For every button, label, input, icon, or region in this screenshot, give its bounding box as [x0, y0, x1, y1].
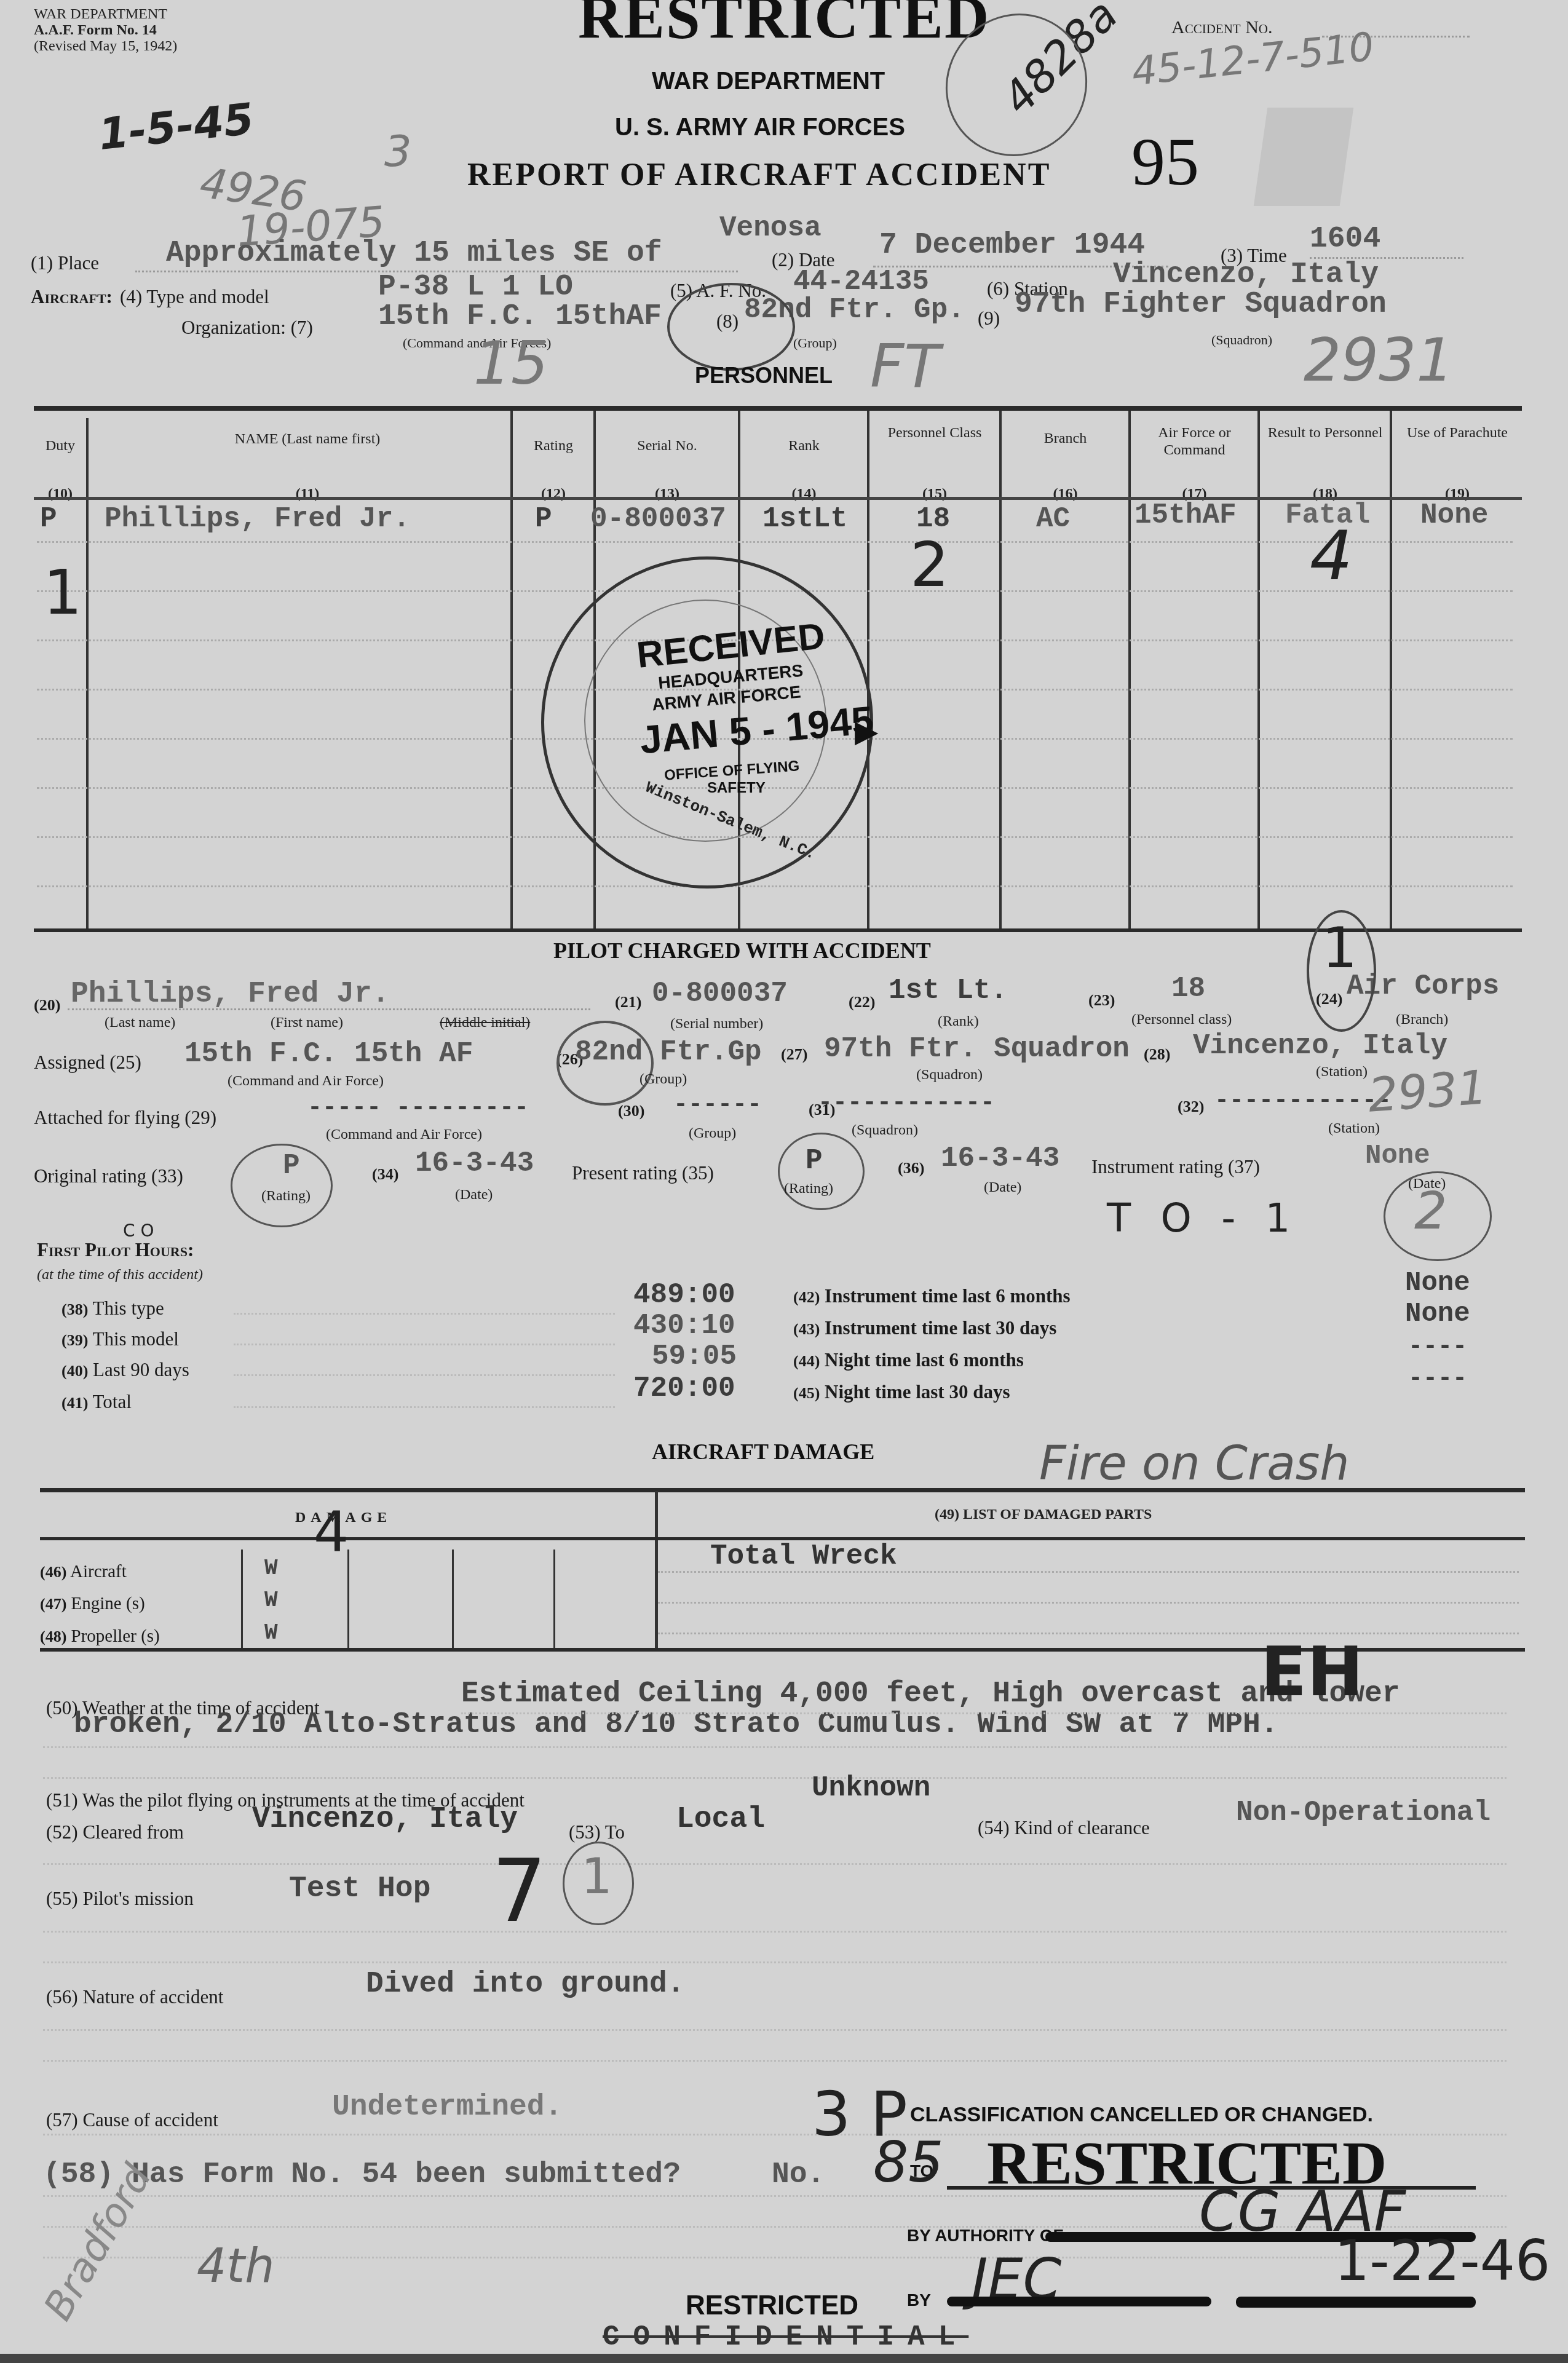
instrument-rating-value: None [1365, 1141, 1430, 1171]
personnel-title: PERSONNEL [695, 363, 833, 389]
classification-struck: CONFIDENTIAL [603, 2321, 968, 2353]
instrument-30d: None [1405, 1299, 1470, 1329]
col-personnel-class: Personnel Class [873, 424, 996, 441]
damaged-parts-value: Total Wreck [710, 1540, 897, 1572]
night-30d: ---- [1408, 1365, 1467, 1393]
place-label: (1) Place [31, 252, 99, 274]
squadron-value: 97th Fighter Squadron [1015, 288, 1387, 321]
col-air-force: Air Force or Command [1131, 424, 1257, 459]
assigned-label: Assigned (25) [34, 1051, 141, 1074]
handwritten-duty: 1 [43, 556, 82, 628]
assigned-squadron-value: 97th Ftr. Squadron [824, 1033, 1130, 1065]
hours-last-90-days: 59:05 [652, 1340, 737, 1372]
original-date-value: 16-3-43 [415, 1147, 534, 1179]
cleared-from-label: (52) Cleared from [46, 1821, 184, 1843]
original-rating-label: Original rating (33) [34, 1165, 183, 1187]
col-serial: Serial No. [596, 438, 738, 454]
col-parachute: Use of Parachute [1393, 424, 1522, 441]
clearance-label: (54) Kind of clearance [978, 1817, 1150, 1839]
damage-engine: W [264, 1588, 278, 1613]
row-parachute: None [1420, 499, 1488, 531]
present-date-value: 16-3-43 [941, 1142, 1059, 1174]
col-branch: Branch [1002, 430, 1128, 447]
hours-this-type: 489:00 [633, 1279, 735, 1311]
assigned-value: 15th F.C. 15th AF [184, 1038, 473, 1070]
accident-no-label: Accident No. [1171, 17, 1273, 38]
row-rank: 1stLt [762, 503, 847, 535]
hours-title: First Pilot Hours: [37, 1239, 194, 1261]
to-label: (53) To [569, 1821, 625, 1843]
handwritten-class: 2 [910, 529, 949, 601]
instruments-value: Unknown [812, 1772, 930, 1804]
mission-label: (55) Pilot's mission [46, 1888, 194, 1910]
classification-bottom: RESTRICTED [686, 2290, 858, 2321]
place-value: Approximately 15 miles SE of [166, 237, 662, 270]
af-no-value: 44-24135 [793, 266, 929, 298]
row-serial: 0-800037 [590, 503, 726, 535]
handwritten-95: 95 [1131, 123, 1199, 201]
col-duty: Duty [36, 438, 85, 454]
type-label: (4) Type and model [120, 286, 269, 308]
handwritten-fire-on-crash: Fire on Crash [1039, 1436, 1349, 1490]
instrument-rating-label: Instrument rating (37) [1091, 1156, 1260, 1178]
classification-changed: CLASSIFICATION CANCELLED OR CHANGED. [910, 2103, 1373, 2127]
squadron-sub: (Squadron) [1211, 332, 1272, 348]
nature-label: (56) Nature of accident [46, 1986, 223, 2008]
damage-propeller: W [264, 1620, 278, 1645]
place-value-2: Venosa [719, 212, 822, 244]
damage-title: AIRCRAFT DAMAGE [652, 1439, 874, 1465]
attached-squadron-value: ------------ [818, 1090, 995, 1117]
hours-total: 720:00 [633, 1372, 735, 1404]
to-value: Local [676, 1803, 765, 1836]
attached-label: Attached for flying (29) [34, 1107, 216, 1129]
cause-value: Undetermined. [332, 2091, 562, 2124]
night-6mo: ---- [1408, 1333, 1467, 1361]
nature-value: Dived into ground. [366, 1968, 684, 2001]
pilot-rank-value: 1st Lt. [889, 975, 1007, 1007]
col-result: Result to Personnel [1261, 424, 1390, 441]
cleared-from-value: Vincenzo, Italy [252, 1803, 518, 1836]
squadron-label: (9) [978, 307, 1000, 330]
organization-value: 15th F.C. 15thAF [378, 300, 662, 333]
classification-top: RESTRICTED [578, 0, 990, 52]
handwritten-15: 15 [473, 329, 548, 398]
handwritten-3: 3 [384, 126, 412, 176]
row-branch: AC [1036, 503, 1070, 535]
form54-value: No. [772, 2158, 825, 2191]
row-rating: P [535, 503, 552, 535]
declass-date: 1-22-46 [1334, 2229, 1550, 2294]
pilot-name-value: Phillips, Fred Jr. [71, 978, 389, 1011]
title-army-air-forces: U. S. ARMY AIR FORCES [615, 114, 905, 141]
cause-label: (57) Cause of accident [46, 2109, 218, 2131]
parts-header: (49) LIST OF DAMAGED PARTS [935, 1506, 1152, 1523]
group-sub: (Group) [793, 335, 837, 351]
type-value: P-38 L 1 LO [378, 271, 573, 304]
page-title: REPORT OF AIRCRAFT ACCIDENT [467, 157, 1051, 193]
stamp-arrow-icon: ▶ [855, 713, 878, 749]
damage-aircraft: W [264, 1556, 278, 1581]
assigned-station-value: Vincenzo, Italy [1193, 1030, 1447, 1062]
date-value: 7 December 1944 [879, 229, 1145, 262]
tape-patch [1254, 108, 1353, 206]
instrument-6mo: None [1405, 1268, 1470, 1299]
form-dept: WAR DEPARTMENT [34, 6, 177, 22]
hours-this-model: 430:10 [633, 1310, 735, 1342]
form-revised: (Revised May 15, 1942) [34, 38, 177, 54]
aircraft-label: Aircraft: [31, 286, 113, 308]
row-name: Phillips, Fred Jr. [105, 503, 410, 535]
attached-group-value: ------ [673, 1091, 762, 1119]
attached-station-value: ------------ [1214, 1087, 1392, 1115]
clearance-value: Non-Operational [1236, 1797, 1491, 1829]
hours-subtitle: (at the time of this accident) [37, 1267, 203, 1283]
present-rating-label: Present rating (35) [572, 1162, 714, 1184]
handwritten-date: 1-5-45 [96, 93, 256, 160]
station-value: Vincenzo, Italy [1113, 258, 1379, 291]
handwritten-2931: 2931 [1304, 326, 1454, 395]
title-war-department: WAR DEPARTMENT [652, 68, 885, 95]
organization-label: Organization: (7) [181, 317, 313, 339]
pilot-section-title: PILOT CHARGED WITH ACCIDENT [553, 938, 931, 964]
col-rank: Rank [741, 438, 867, 454]
weather-line1: Estimated Ceiling 4,000 feet, High overc… [461, 1677, 1400, 1711]
form-number: A.A.F. Form No. 14 [34, 22, 177, 38]
col-rating: Rating [517, 438, 590, 454]
pilot-class-value: 18 [1171, 973, 1205, 1005]
pilot-serial-value: 0-800037 [652, 978, 788, 1010]
attached-value: ----- --------- [307, 1094, 529, 1122]
mission-value: Test Hop [289, 1872, 430, 1906]
row-duty: P [40, 503, 57, 535]
col-name: NAME (Last name first) [203, 430, 412, 448]
form-id-block: WAR DEPARTMENT A.A.F. Form No. 14 (Revis… [34, 6, 177, 54]
time-value: 1604 [1310, 223, 1380, 256]
row-air-force: 15thAF [1134, 499, 1237, 531]
handwritten-ft: FT [870, 332, 940, 401]
handwritten-result: 4 [1310, 517, 1353, 595]
handwritten-to1: T O - 1 [1107, 1196, 1299, 1241]
